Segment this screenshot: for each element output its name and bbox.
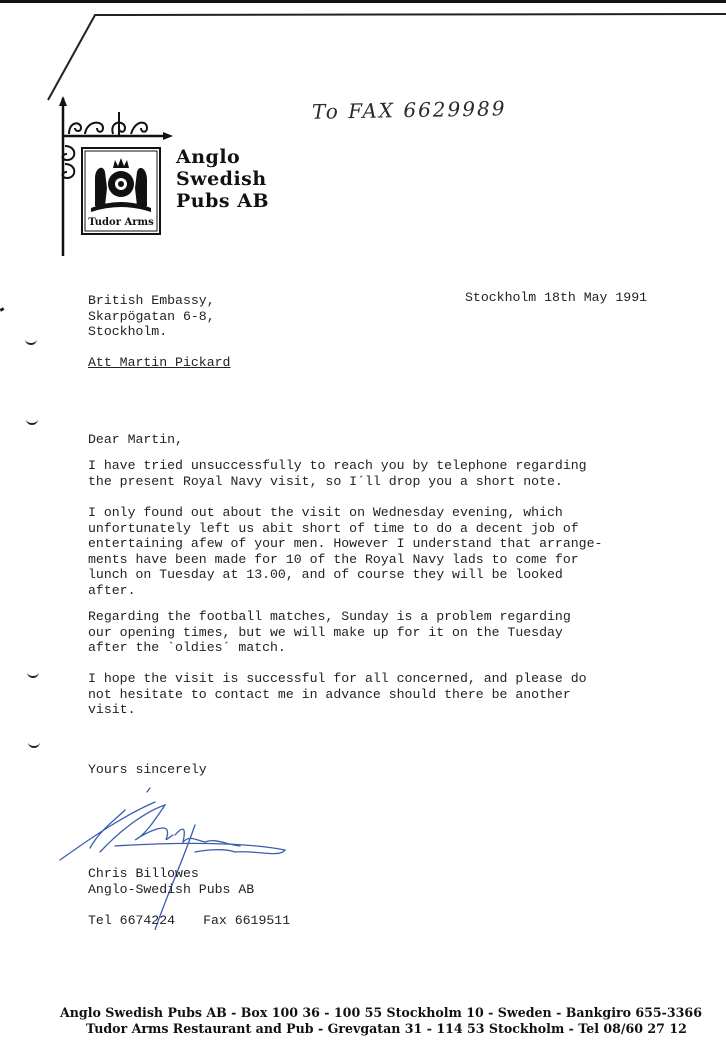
signer-name: Chris Billowes [88, 866, 199, 882]
punch-hole-mark [25, 338, 37, 345]
letter-date: Stockholm 18th May 1991 [465, 290, 647, 306]
punch-hole-mark [26, 418, 38, 425]
address-line: British Embassy, [88, 293, 215, 309]
telephone-number: Tel 6674224 [88, 913, 175, 929]
contact-line: Tel 6674224Fax 6619511 [88, 913, 290, 929]
punch-hole-mark [27, 671, 39, 678]
body-paragraph: I have tried unsuccessfully to reach you… [88, 458, 587, 489]
address-line: Stockholm. [88, 324, 215, 340]
address-line: Skarpögatan 6-8, [88, 309, 215, 325]
body-paragraph: Regarding the football matches, Sunday i… [88, 609, 571, 656]
wordmark-line: Pubs AB [176, 190, 269, 212]
handwritten-fax-note: To FAX 6629989 [312, 96, 507, 123]
footer-line: Tudor Arms Restaurant and Pub - Grevgata… [60, 1021, 700, 1037]
signer-company: Anglo-Swedish Pubs AB [88, 882, 254, 898]
footer-line: Anglo Swedish Pubs AB - Box 100 36 - 100… [60, 1005, 700, 1021]
attention-line: Att Martin Pickard [88, 355, 230, 371]
company-wordmark: Anglo Swedish Pubs AB [176, 146, 269, 212]
fax-number: Fax 6619511 [203, 913, 290, 929]
wordmark-line: Anglo [176, 146, 269, 168]
svg-text:Tudor Arms: Tudor Arms [88, 217, 154, 228]
margin-mark [0, 307, 4, 312]
salutation: Dear Martin, [88, 432, 183, 448]
closing: Yours sincerely [88, 762, 207, 778]
handwritten-signature [55, 780, 315, 930]
wordmark-line: Swedish [176, 168, 269, 190]
letterhead-footer: Anglo Swedish Pubs AB - Box 100 36 - 100… [60, 1005, 700, 1037]
tudor-arms-sign-logo: Tudor Arms [55, 96, 175, 261]
body-paragraph: I only found out about the visit on Wedn… [88, 505, 602, 599]
body-paragraph: I hope the visit is successful for all c… [88, 671, 587, 718]
punch-hole-mark [28, 741, 40, 748]
recipient-address: British Embassy,Skarpögatan 6-8,Stockhol… [88, 293, 215, 340]
fax-fold-line [0, 0, 726, 110]
